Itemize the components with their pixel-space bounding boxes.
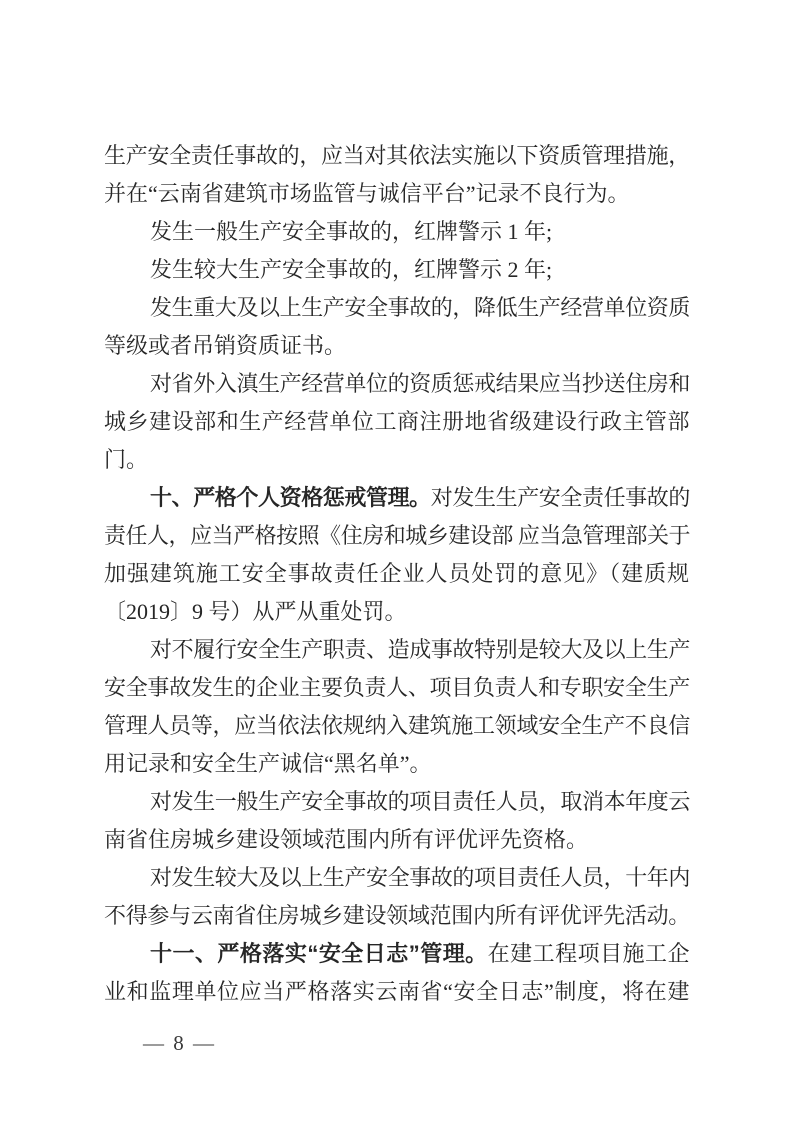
text-run: 责任人，应当严格按照《住房和城乡建设部 应当急管理部关于 (104, 523, 690, 548)
text-run: 对省外入滇生产经营单位的资质惩戒结果应当抄送住房和 (150, 371, 690, 396)
text-line: 不得参与云南省住房城乡建设领域范围内所有评优评先活动。 (104, 897, 690, 935)
text-line: 业和监理单位应当严格落实云南省“安全日志”制度，将在建 (104, 973, 690, 1011)
text-line: 发生重大及以上生产安全事故的，降低生产经营单位资质 (104, 289, 690, 327)
text-run: 发生一般生产安全事故的，红牌警示 1 年; (150, 219, 552, 244)
text-run: 在建工程项目施工企 (488, 941, 690, 966)
text-run: 对不履行安全生产职责、造成事故特别是较大及以上生产 (150, 637, 690, 662)
text-line: 〔2019〕9 号）从严从重处罚。 (104, 593, 690, 631)
text-line: 安全事故发生的企业主要负责人、项目负责人和专职安全生产 (104, 669, 690, 707)
content-area: 生产安全责任事故的，应当对其依法实施以下资质管理措施，并在“云南省建筑市场监管与… (104, 137, 690, 1011)
text-run: 发生较大生产安全事故的，红牌警示 2 年; (150, 257, 552, 282)
section-heading-run: 十一、严格落实“安全日志”管理。 (150, 941, 488, 966)
text-line: 十一、严格落实“安全日志”管理。在建工程项目施工企 (104, 935, 690, 973)
text-line: 生产安全责任事故的，应当对其依法实施以下资质管理措施， (104, 137, 690, 175)
text-line: 对发生一般生产安全事故的项目责任人员，取消本年度云 (104, 783, 690, 821)
text-line: 十、严格个人资格惩戒管理。对发生生产安全责任事故的 (104, 479, 690, 517)
text-run: 对发生较大及以上生产安全事故的项目责任人员，十年内 (150, 865, 690, 890)
text-run: 业和监理单位应当严格落实云南省“安全日志”制度，将在建 (104, 979, 690, 1004)
text-run: 等级或者吊销资质证书。 (104, 333, 346, 358)
text-run: 对发生一般生产安全事故的项目责任人员，取消本年度云 (150, 789, 690, 814)
text-run: 不得参与云南省住房城乡建设领域范围内所有评优评先活动。 (104, 903, 690, 928)
text-line: 管理人员等，应当依法依规纳入建筑施工领域安全生产不良信 (104, 707, 690, 745)
text-line: 门。 (104, 441, 690, 479)
text-run: 安全事故发生的企业主要负责人、项目负责人和专职安全生产 (104, 675, 690, 700)
text-run: 并在“云南省建筑市场监管与诚信平台”记录不良行为。 (104, 181, 630, 206)
text-line: 城乡建设部和生产经营单位工商注册地省级建设行政主管部 (104, 403, 690, 441)
text-run: 门。 (104, 447, 148, 472)
text-line: 对发生较大及以上生产安全事故的项目责任人员，十年内 (104, 859, 690, 897)
text-run: 发生重大及以上生产安全事故的，降低生产经营单位资质 (150, 295, 690, 320)
text-line: 对省外入滇生产经营单位的资质惩戒结果应当抄送住房和 (104, 365, 690, 403)
text-run: 城乡建设部和生产经营单位工商注册地省级建设行政主管部 (104, 409, 690, 434)
text-run: 南省住房城乡建设领域范围内所有评优评先资格。 (104, 827, 588, 852)
text-run: 用记录和安全生产诚信“黑名单”。 (104, 751, 432, 776)
text-line: 加强建筑施工安全事故责任企业人员处罚的意见》（建质规 (104, 555, 690, 593)
text-line: 用记录和安全生产诚信“黑名单”。 (104, 745, 690, 783)
page-number: — 8 — (143, 1030, 216, 1056)
text-line: 责任人，应当严格按照《住房和城乡建设部 应当急管理部关于 (104, 517, 690, 555)
text-line: 并在“云南省建筑市场监管与诚信平台”记录不良行为。 (104, 175, 690, 213)
section-heading-run: 十、严格个人资格惩戒管理。 (150, 485, 431, 510)
document-page: 生产安全责任事故的，应当对其依法实施以下资质管理措施，并在“云南省建筑市场监管与… (0, 0, 800, 1131)
text-line: 发生较大生产安全事故的，红牌警示 2 年; (104, 251, 690, 289)
text-run: 管理人员等，应当依法依规纳入建筑施工领域安全生产不良信 (104, 713, 690, 738)
text-run: 〔2019〕9 号）从严从重处罚。 (104, 599, 407, 624)
text-line: 发生一般生产安全事故的，红牌警示 1 年; (104, 213, 690, 251)
text-line: 南省住房城乡建设领域范围内所有评优评先资格。 (104, 821, 690, 859)
text-run: 加强建筑施工安全事故责任企业人员处罚的意见》（建质规 (104, 561, 690, 586)
text-line: 对不履行安全生产职责、造成事故特别是较大及以上生产 (104, 631, 690, 669)
text-line: 等级或者吊销资质证书。 (104, 327, 690, 365)
text-run: 对发生生产安全责任事故的 (431, 485, 690, 510)
text-run: 生产安全责任事故的，应当对其依法实施以下资质管理措施， (104, 143, 690, 168)
